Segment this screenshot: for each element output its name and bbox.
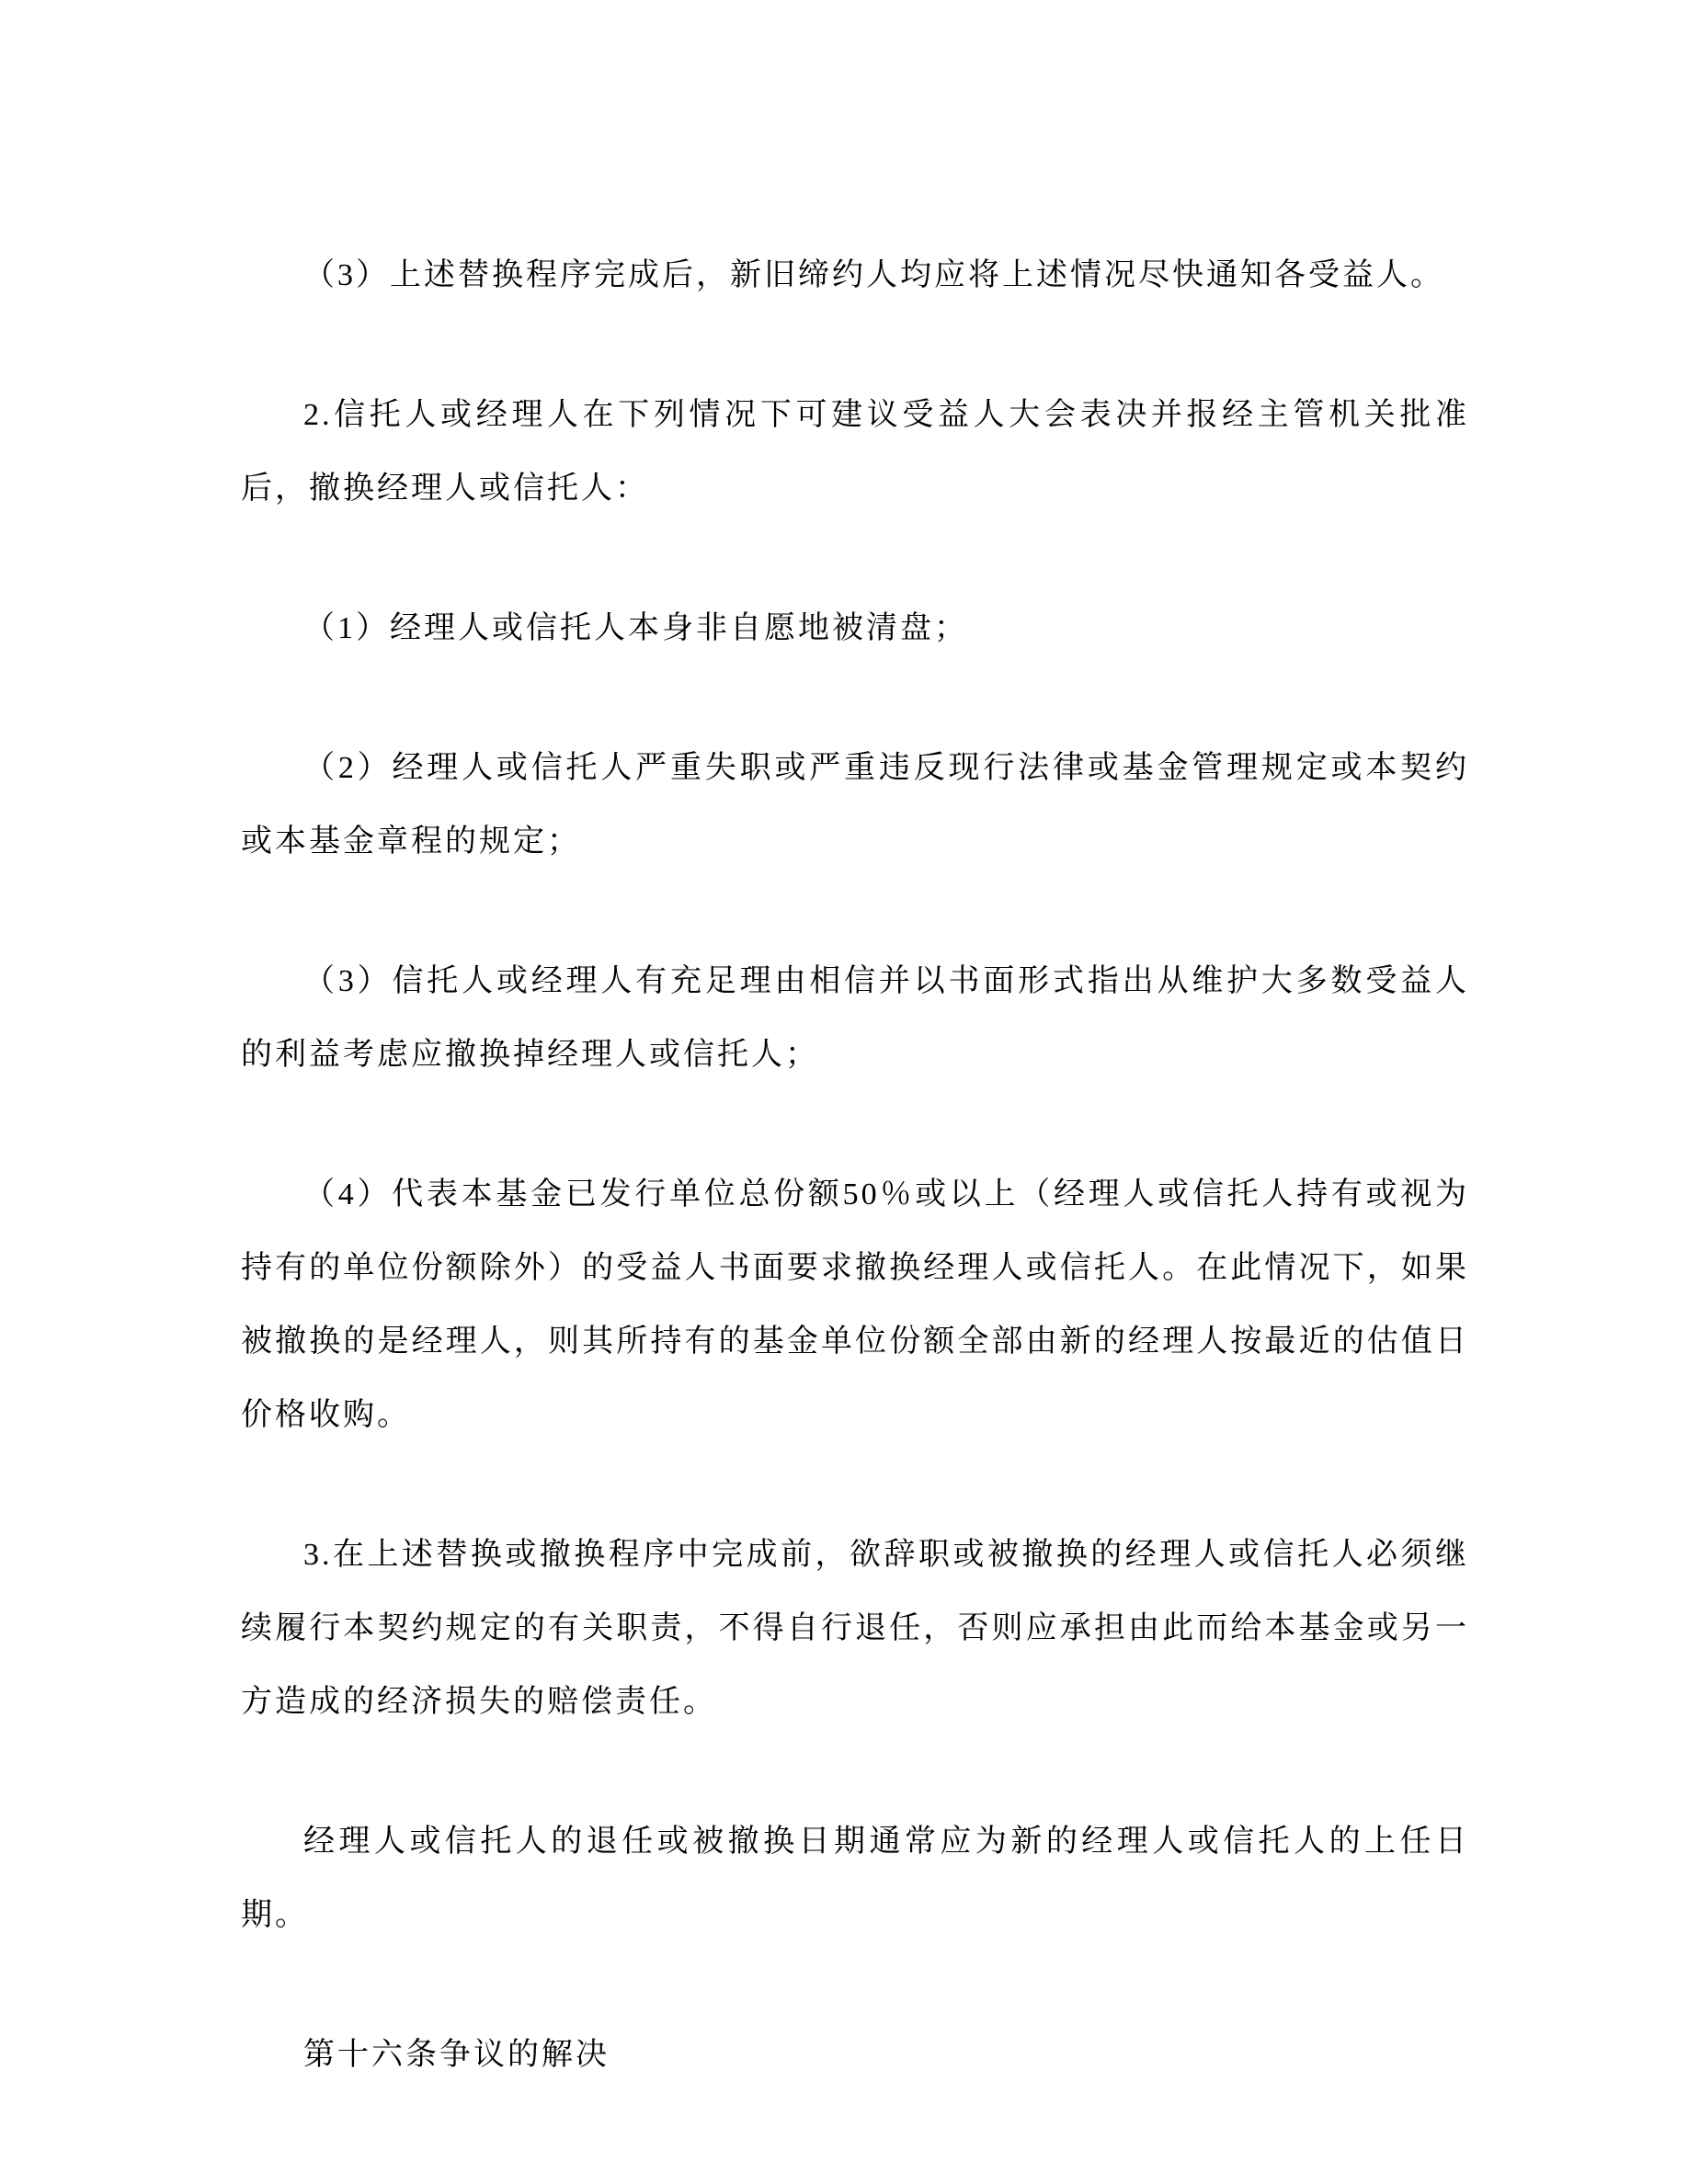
paragraph: （3）上述替换程序完成后，新旧缔约人均应将上述情况尽快通知各受益人。	[241, 239, 1469, 313]
paragraph: 3.在上述替换或撤换程序中完成前，欲辞职或被撤换的经理人或信托人必须继续履行本契…	[241, 1519, 1469, 1739]
paragraph: 2.信托人或经理人在下列情况下可建议受益人大会表决并报经主管机关批准后，撤换经理…	[241, 379, 1469, 526]
paragraph: 经理人或信托人的退任或被撤换日期通常应为新的经理人或信托人的上任日期。	[241, 1805, 1469, 1952]
paragraph: （1）经理人或信托人本身非自愿地被清盘；	[241, 592, 1469, 665]
paragraph: （4）代表本基金已发行单位总份额50％或以上（经理人或信托人持有或视为持有的单位…	[241, 1158, 1469, 1452]
paragraph: 第十六条争议的解决	[241, 2019, 1469, 2092]
paragraph: （2）经理人或信托人严重失职或严重违反现行法律或基金管理规定或本契约或本基金章程…	[241, 732, 1469, 879]
document-page: （3）上述替换程序完成后，新旧缔约人均应将上述情况尽快通知各受益人。2.信托人或…	[0, 0, 1688, 2184]
document-body: （3）上述替换程序完成后，新旧缔约人均应将上述情况尽快通知各受益人。2.信托人或…	[241, 239, 1469, 2092]
paragraph: （3）信托人或经理人有充足理由相信并以书面形式指出从维护大多数受益人的利益考虑应…	[241, 945, 1469, 1092]
